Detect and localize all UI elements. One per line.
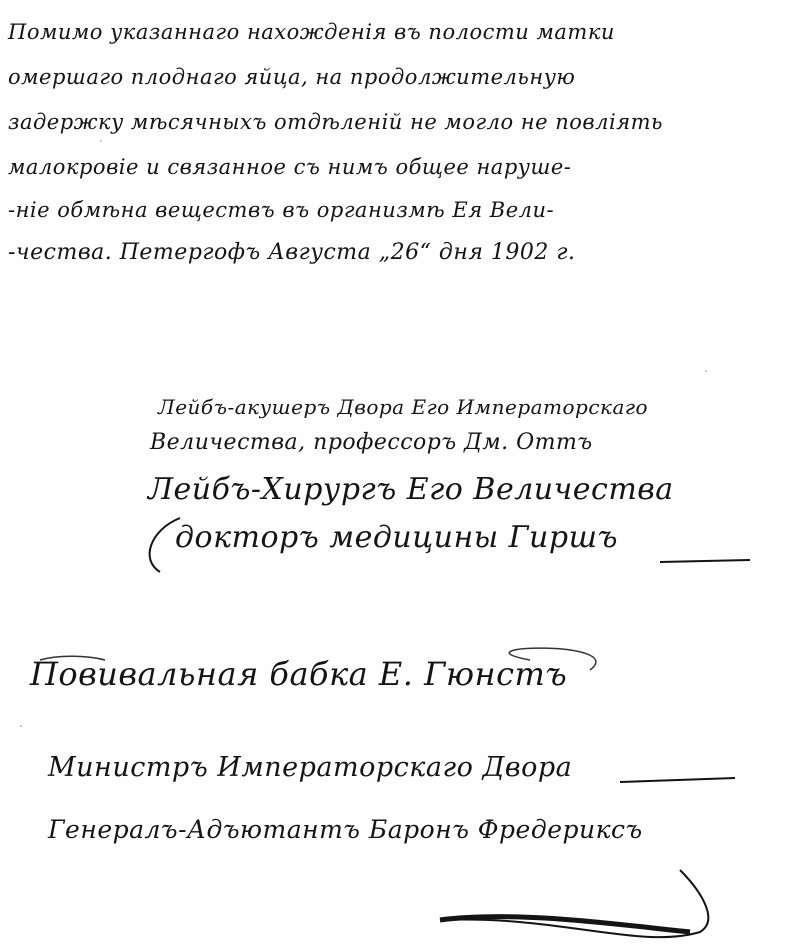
scan-speck	[705, 370, 707, 372]
body-line-3: задержку мѣсячныхъ отдѣленій не могло не…	[8, 110, 663, 134]
body-line-6-date: -чества. Петергофъ Августа „26“ дня 1902…	[8, 240, 576, 265]
signature-flourish-hirsch	[140, 510, 760, 580]
body-line-2: омершаго плоднаго яйца, на продолжительн…	[8, 65, 575, 89]
document-page: Помимо указаннаго нахожденія въ полости …	[0, 0, 790, 944]
scan-speck	[100, 140, 102, 142]
body-line-1: Помимо указаннаго нахожденія въ полости …	[8, 20, 615, 44]
signature-ott-line-1: Лейбъ-акушеръ Двора Его Императорскаго	[158, 395, 648, 419]
signature-flourish-fredericks	[0, 720, 790, 944]
signature-hirsch-line-1: Лейбъ-Хирургъ Его Величества	[148, 472, 674, 507]
scan-speck	[20, 725, 22, 727]
body-line-4: малокровіе и связанное съ нимъ общее нар…	[8, 155, 571, 179]
signature-flourish-gunst	[30, 640, 770, 700]
body-line-5: -ніе обмѣна веществъ въ организмѣ Ея Вел…	[8, 198, 554, 222]
signature-ott-line-2: Величества, профессоръ Дм. Оттъ	[150, 430, 593, 455]
